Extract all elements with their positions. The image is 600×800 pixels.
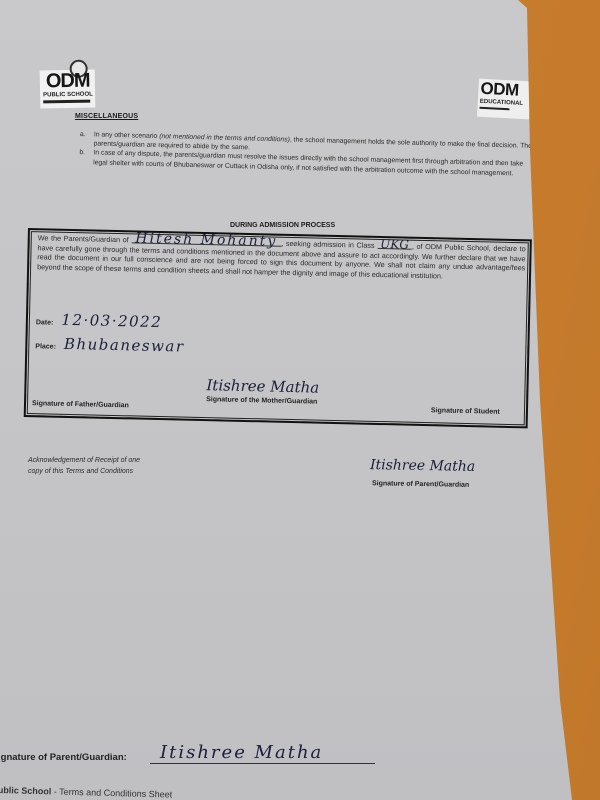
bottom-signature[interactable]: Itishree Matha: [150, 742, 375, 764]
father-signature-label: Signature of Father/Guardian: [32, 400, 129, 409]
page-footer: ublic School - Terms and Conditions Shee…: [0, 785, 172, 800]
date-row: Date: 12·03·2022: [36, 310, 163, 331]
acknowledgement-text: Acknowledgement of Receipt of one copy o…: [28, 455, 140, 477]
misc-clauses: a. In any other scenario (not mentioned …: [79, 130, 535, 179]
acknowledgement-signature[interactable]: Itishree Matha: [370, 457, 475, 475]
place-field[interactable]: Bhubaneswar: [64, 335, 185, 356]
mother-signature-label: Signature of the Mother/Guardian: [206, 396, 317, 406]
logo-underline: [479, 107, 509, 111]
place-row: Place: Bhubaneswar: [35, 334, 185, 355]
mother-signature[interactable]: Itishree Matha: [206, 376, 319, 397]
clause-letter: b.: [79, 148, 93, 167]
declaration-title: DURING ADMISSION PROCESS: [230, 222, 335, 229]
school-logo-right: ODM EDUCATIONAL: [477, 79, 531, 120]
acknowledgement-signature-label: Signature of Parent/Guardian: [372, 480, 469, 489]
class-field[interactable]: UKG: [377, 240, 412, 250]
declaration-box: We the Parents/Guardian of Hitesh Mohant…: [24, 228, 532, 428]
logo-subtitle: EDUCATIONAL: [480, 99, 523, 107]
clause-letter: a.: [80, 130, 94, 149]
bottom-signature-label: ignature of Parent/Guardian:: [0, 752, 127, 763]
logo-mark: ODM: [46, 70, 90, 94]
document-page: ODM PUBLIC SCHOOL ODM EDUCATIONAL MISCEL…: [0, 0, 600, 800]
section-heading: MISCELLANEOUS: [75, 113, 138, 120]
date-label: Date:: [36, 319, 54, 326]
logo-mark: ODM: [480, 79, 519, 101]
date-field[interactable]: 12·03·2022: [61, 311, 162, 331]
student-signature-label: Signature of Student: [431, 407, 500, 416]
logo-subtitle: PUBLIC SCHOOL: [43, 92, 93, 99]
logo-underline: [43, 100, 90, 104]
declaration-text: We the Parents/Guardian of Hitesh Mohant…: [37, 232, 526, 282]
place-label: Place:: [35, 343, 56, 350]
school-logo-left: ODM PUBLIC SCHOOL: [40, 70, 96, 109]
